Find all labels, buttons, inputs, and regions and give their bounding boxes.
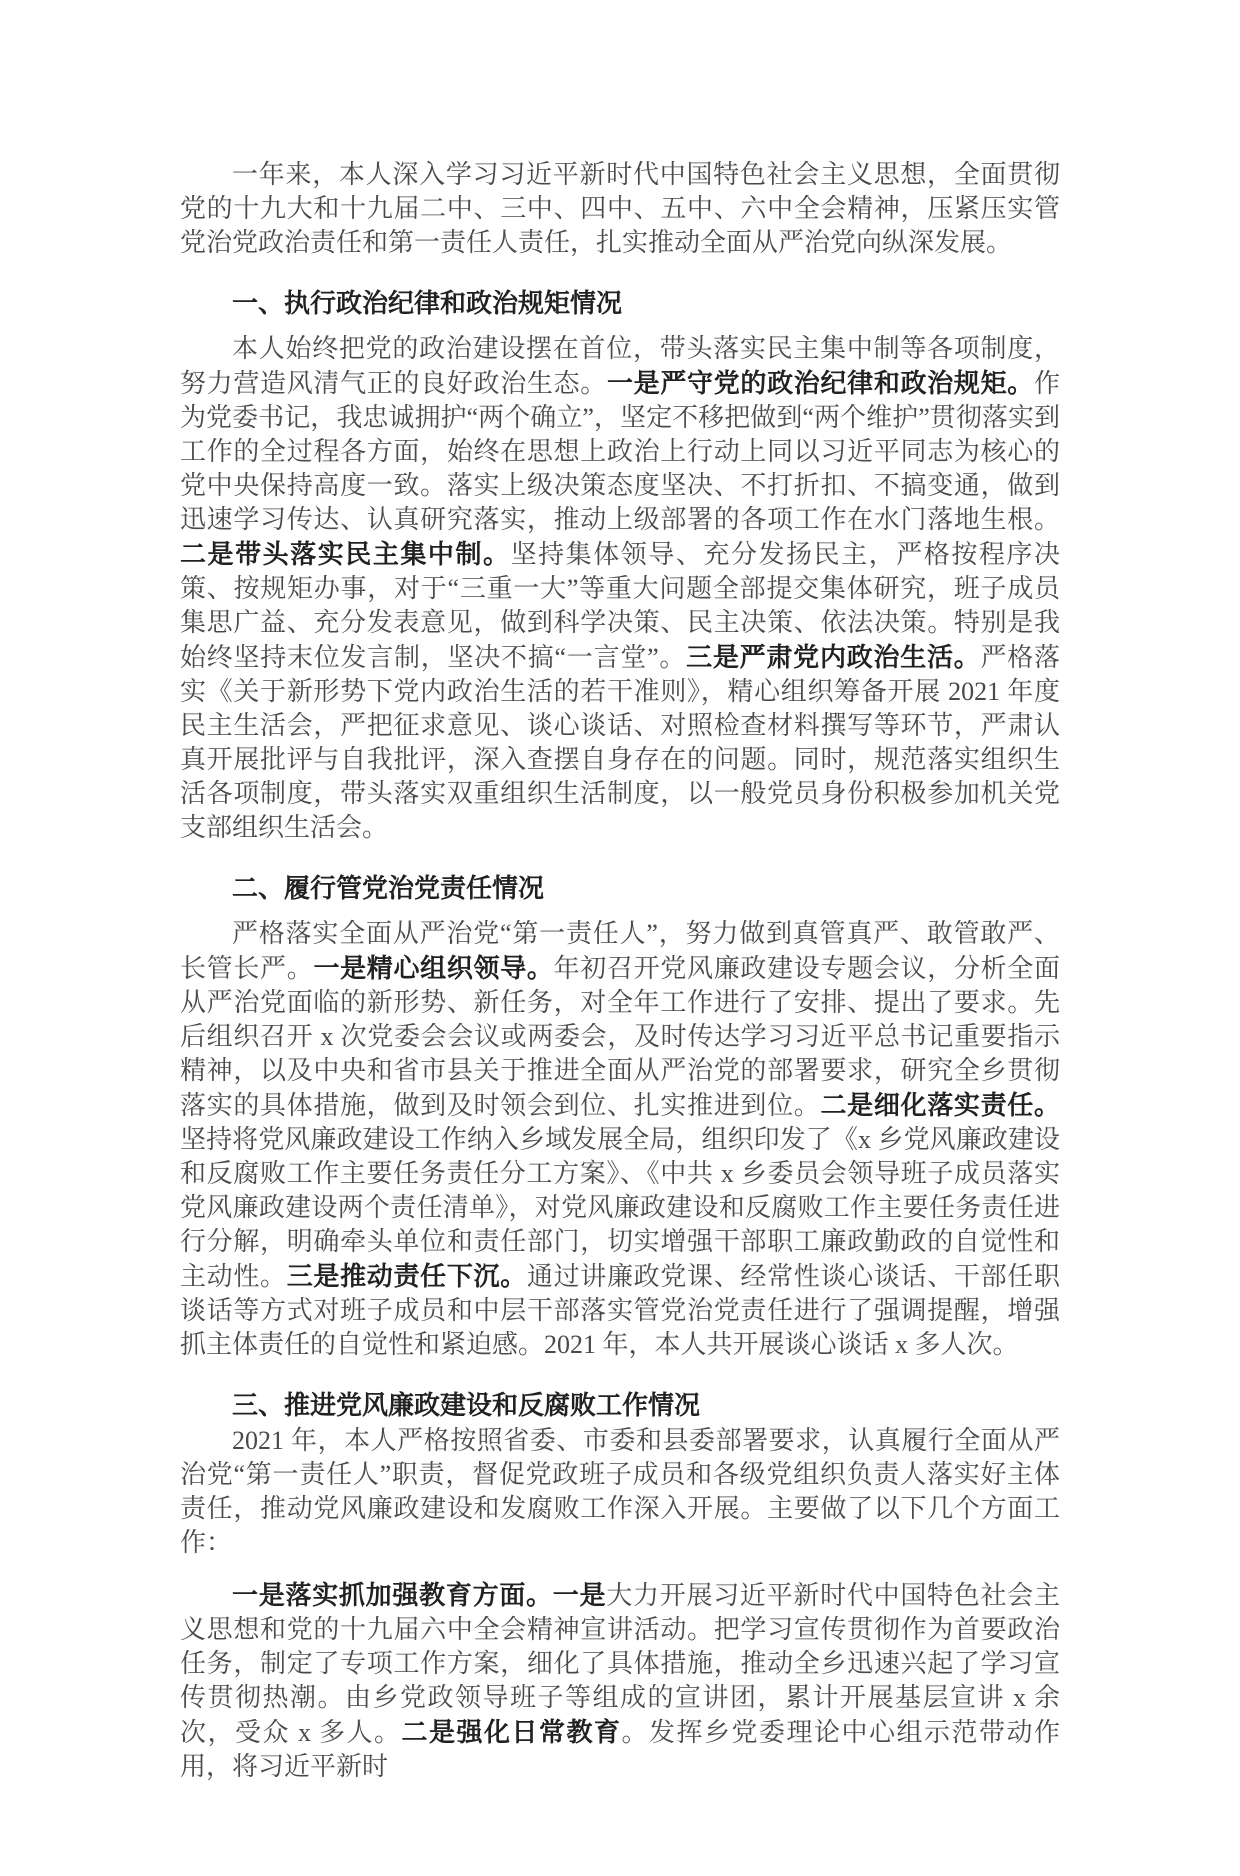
section-1-heading: 一、执行政治纪律和政治规矩情况 — [180, 286, 1060, 320]
section-3-heading: 三、推进党风廉政建设和反腐败工作情况 — [180, 1388, 1060, 1422]
bold-text-run: 一是精心组织领导。 — [313, 953, 553, 983]
bold-text-run: 一、执行政治纪律和政治规矩情况 — [232, 288, 622, 318]
bold-text-run: 二是带头落实民主集中制。 — [180, 539, 511, 569]
bold-text-run: 一是落实抓加强教育方面。一是 — [232, 1580, 606, 1610]
section-1-paragraph: 本人始终把党的政治建设摆在首位，带头落实民主集中制等各项制度，努力营造风清气正的… — [180, 332, 1060, 845]
bold-text-run: 三是严肃党内政治生活。 — [686, 642, 980, 672]
section-3-education-paragraph: 一是落实抓加强教育方面。一是大力开展习近平新时代中国特色社会主义思想和党的十九届… — [180, 1578, 1060, 1784]
section-3-intro-paragraph: 2021 年，本人严格按照省委、市委和县委部署要求，认真履行全面从严治党“第一责… — [180, 1424, 1060, 1560]
bold-text-run: 三、推进党风廉政建设和反腐败工作情况 — [232, 1390, 700, 1420]
section-2-heading: 二、履行管党治党责任情况 — [180, 871, 1060, 905]
text-run: 2021 年，本人严格按照省委、市委和县委部署要求，认真履行全面从严治党“第一责… — [180, 1426, 1060, 1557]
bold-text-run: 三是推动责任下沉。 — [287, 1261, 527, 1291]
text-run: 严格落实《关于新形势下党内政治生活的若干准则》，精心组织筹备开展 2021 年度… — [180, 643, 1060, 842]
document-page: 一年来，本人深入学习习近平新时代中国特色社会主义思想，全面贯彻党的十九大和十九届… — [0, 0, 1240, 1876]
section-2-paragraph: 严格落实全面从严治党“第一责任人”，努力做到真管真严、敢管敢严、长管长严。一是精… — [180, 917, 1060, 1362]
document-content: 一年来，本人深入学习习近平新时代中国特色社会主义思想，全面贯彻党的十九大和十九届… — [180, 158, 1060, 1784]
text-run: 一年来，本人深入学习习近平新时代中国特色社会主义思想，全面贯彻党的十九大和十九届… — [180, 160, 1060, 257]
bold-text-run: 二是强化日常教育 — [402, 1717, 622, 1747]
bold-text-run: 一是严守党的政治纪律和政治规矩。 — [607, 368, 1034, 398]
bold-text-run: 二是细化落实责任。 — [820, 1090, 1060, 1120]
bold-text-run: 二、履行管党治党责任情况 — [232, 873, 544, 903]
intro-paragraph: 一年来，本人深入学习习近平新时代中国特色社会主义思想，全面贯彻党的十九大和十九届… — [180, 158, 1060, 260]
